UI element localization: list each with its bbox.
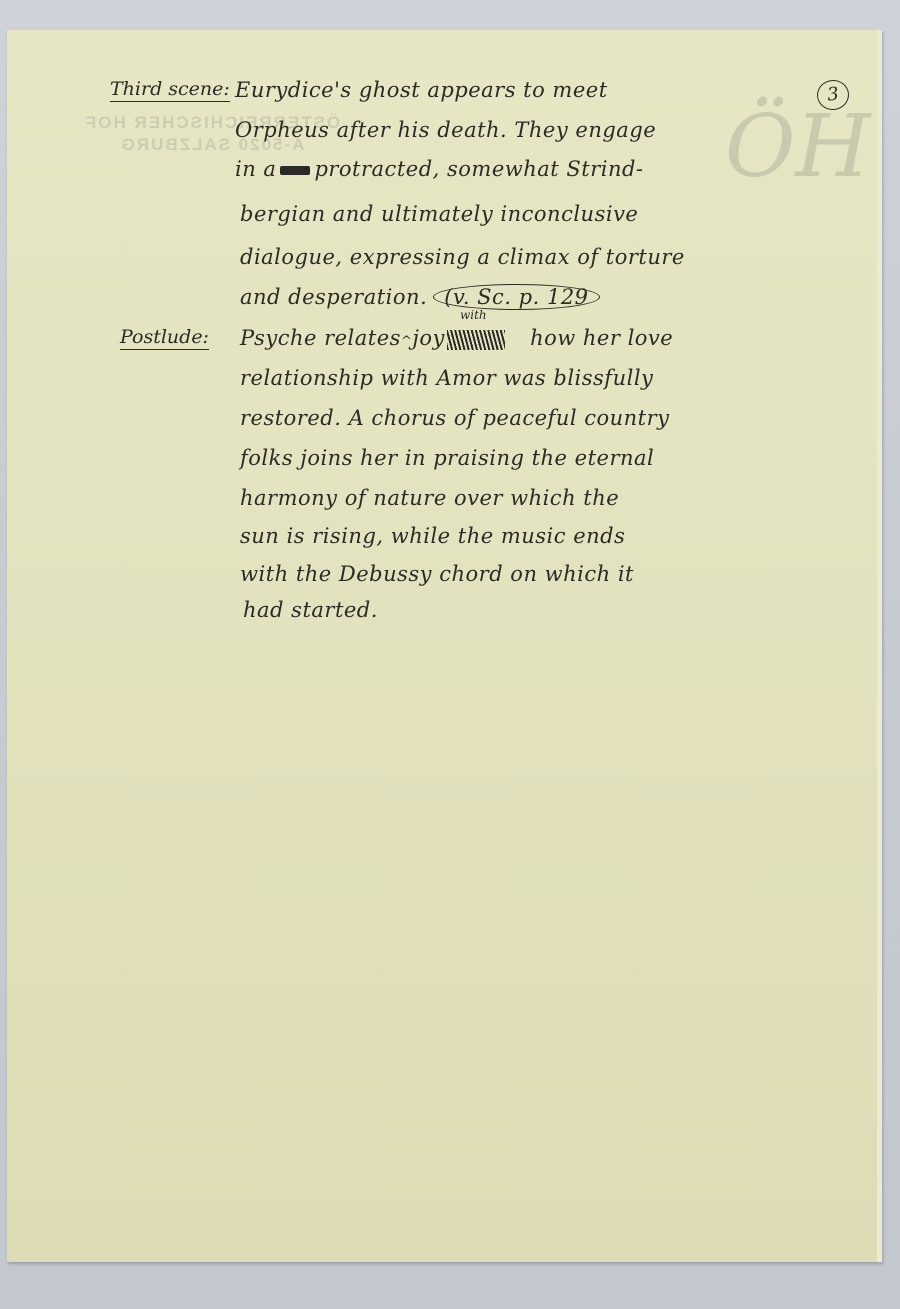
text-fragment: how her love — [530, 326, 673, 350]
text-line: in aprotracted, somewhat Strind- — [235, 157, 644, 181]
text-line: and desperation.(v. Sc. p. 129 — [240, 284, 600, 310]
text-line: sun is rising, while the music ends — [240, 524, 625, 548]
text-line: folks joins her in praising the eternal — [240, 446, 654, 470]
text-line: had started. — [243, 598, 378, 622]
scribbled-out-word — [447, 330, 505, 350]
text-line: harmony of nature over which the — [240, 486, 619, 510]
crossed-out-word — [280, 166, 310, 175]
text-fragment: in a — [235, 157, 276, 181]
text-line: with the Debussy chord on which it — [240, 562, 634, 586]
text-fragment: Psyche relates — [240, 326, 401, 350]
text-line: dialogue, expressing a climax of torture — [240, 245, 685, 269]
page-reference: (v. Sc. p. 129 — [433, 284, 599, 310]
text-line: Orpheus after his death. They engage — [235, 118, 656, 142]
text-line: Eurydice's ghost appears to meet — [235, 78, 608, 102]
text-fragment: protracted, somewhat Strind- — [314, 157, 643, 181]
text-line: Psyche relates^joy how her love — [240, 326, 673, 350]
caret-mark: ^ — [401, 334, 412, 349]
text-line: bergian and ultimately inconclusive — [240, 202, 638, 226]
text-line: relationship with Amor was blissfully — [240, 366, 653, 390]
inserted-word: with — [460, 308, 487, 322]
monogram-watermark: ÖH — [725, 92, 835, 212]
manuscript-page: ÖSTERREICHISCHER HOF A-5020 SALZBURG ÖH … — [7, 30, 882, 1262]
text-line: restored. A chorus of peaceful country — [240, 406, 670, 430]
text-fragment: joy — [412, 326, 445, 350]
section-label-third-scene: Third scene: — [110, 78, 230, 102]
text-fragment: and desperation. — [240, 285, 427, 309]
section-label-postlude: Postlude: — [120, 326, 209, 350]
